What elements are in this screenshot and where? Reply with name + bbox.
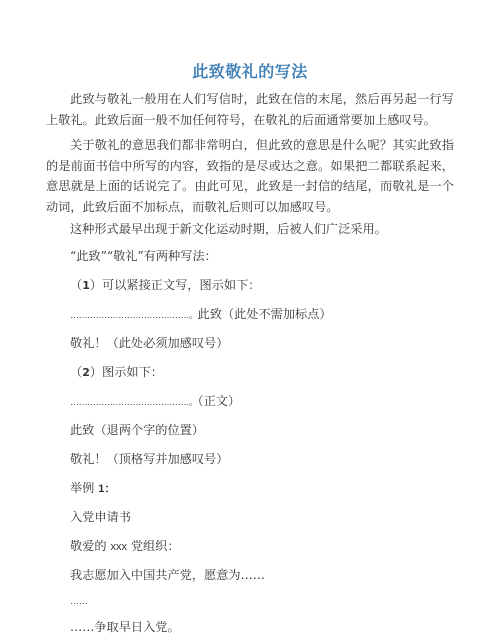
example-number: 1： [98, 483, 115, 495]
form1-cizhi: 此致（此处不需加标点） [198, 307, 332, 321]
paragraph-meaning: 关于敬礼的意思我们都非常明白，但此致的意思是什么呢？其实此致指的是前面书信中所写… [46, 135, 454, 217]
salutation-suffix: 党组织： [131, 539, 180, 553]
example-title: 入党申请书 [70, 508, 131, 526]
form2-dots: ……………………………………。 [70, 397, 198, 407]
form1-prefix: （ [70, 278, 82, 292]
form2-body-label: （正文） [198, 394, 241, 408]
example-salutation: 敬爱的 xxx 党组织： [70, 537, 180, 556]
two-forms-heading: “此致”“敬礼”有两种写法： [70, 247, 217, 265]
example-line-1: 我志愿加入中国共产党，愿意为…… [70, 566, 265, 584]
example-label: 举例 1： [70, 479, 115, 498]
form1-number: 1 [82, 279, 90, 292]
example-ellipsis: …… [70, 592, 88, 610]
form1-dots: ……………………………………。 [70, 310, 198, 320]
form1-heading: （1）可以紧接正文写，图示如下： [70, 276, 260, 295]
document-title: 此致敬礼的写法 [0, 62, 500, 82]
form1-example-line: ……………………………………。此致（此处不需加标点） [70, 305, 332, 324]
form1-text: ）可以紧接正文写，图示如下： [90, 278, 261, 292]
salutation-prefix: 敬爱的 [70, 539, 107, 553]
example-last-line: ……争取早日入党。 [70, 618, 180, 636]
salutation-xxx: xxx [110, 541, 127, 553]
form2-example-line: ……………………………………。（正文） [70, 392, 240, 411]
example-label-text: 举例 [70, 481, 94, 495]
document-page: 此致敬礼的写法 此致与敬礼一般用在人们写信时，此致在信的末尾，然后再另起一行写上… [0, 0, 500, 636]
form2-number: 2 [82, 366, 90, 379]
form2-jingli: 敬礼！（顶格写并加感叹号） [70, 450, 228, 468]
paragraph-intro: 此致与敬礼一般用在人们写信时，此致在信的末尾，然后再另起一行写上敬礼。此致后面一… [46, 89, 454, 130]
form2-heading: （2）图示如下： [70, 363, 163, 382]
form2-text: ）图示如下： [90, 365, 163, 379]
paragraph-origin: 这种形式最早出现于新文化运动时期，后被人们广泛采用。 [46, 219, 454, 240]
form2-cizhi: 此致（退两个字的位置） [70, 421, 204, 439]
form1-jingli: 敬礼！（此处必须加感叹号） [70, 334, 228, 352]
form2-prefix: （ [70, 365, 82, 379]
